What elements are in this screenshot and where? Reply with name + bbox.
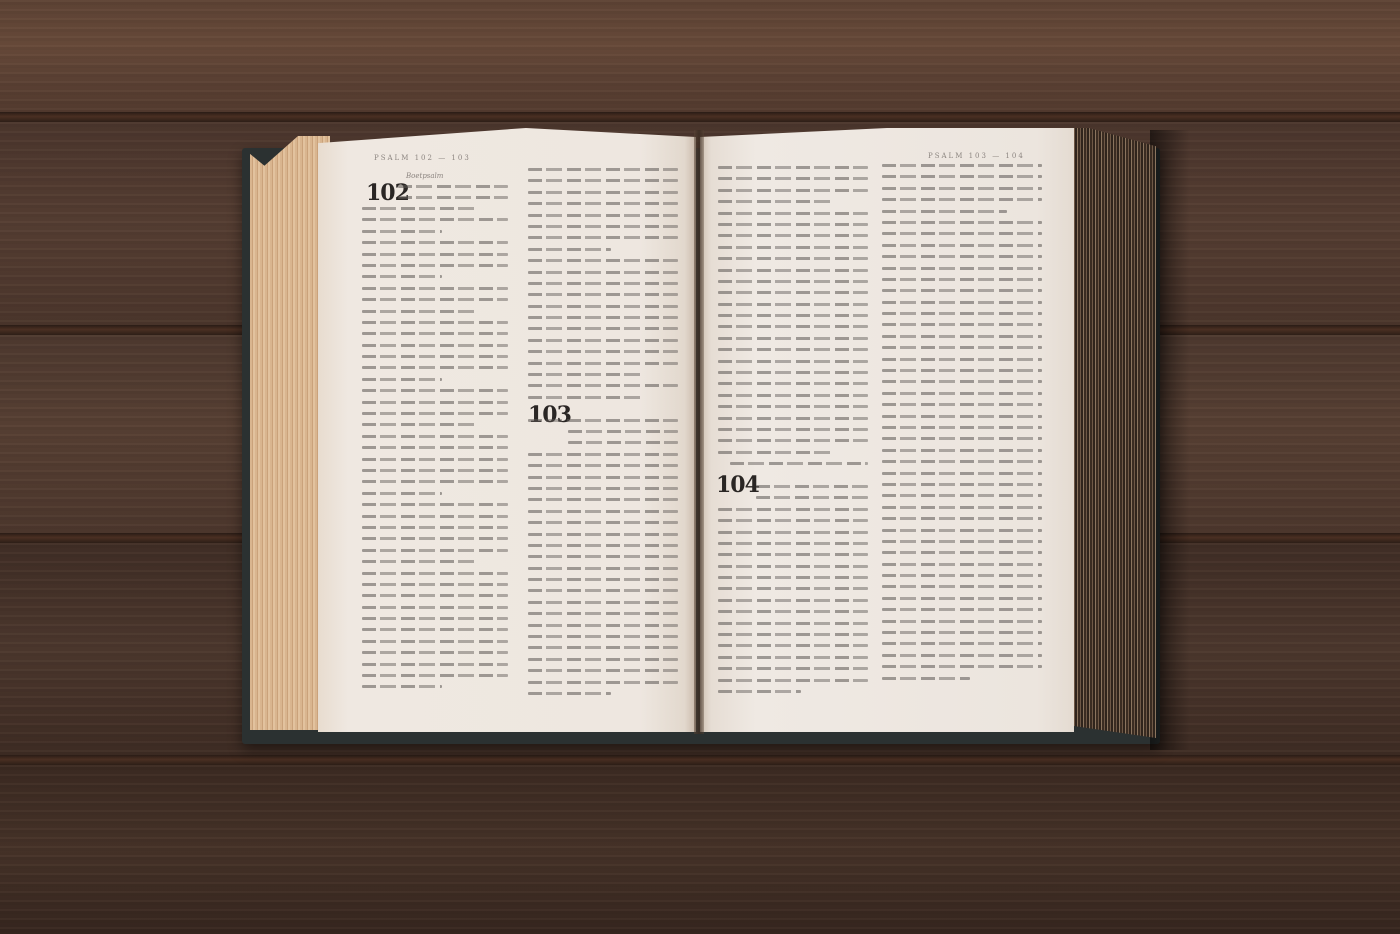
text-column-3 bbox=[718, 166, 868, 701]
text-column-left bbox=[398, 185, 508, 208]
text-line bbox=[398, 196, 508, 199]
running-header: PSALM 102 — 103 bbox=[374, 154, 471, 162]
left-page: PSALM 102 — 103 Boetpsalm 102 103 bbox=[318, 128, 696, 732]
running-header: PSALM 103 — 104 bbox=[928, 152, 1025, 160]
text-column-1 bbox=[362, 207, 508, 697]
book-gutter bbox=[694, 130, 704, 734]
wood-plank bbox=[0, 765, 1400, 934]
right-shadow bbox=[1150, 130, 1190, 750]
plank-seam bbox=[0, 112, 1400, 122]
wood-plank bbox=[0, 0, 1400, 112]
plank-seam bbox=[0, 755, 1400, 765]
page-block-right-edge bbox=[1072, 128, 1156, 738]
right-page: PSALM 103 — 104 104 bbox=[700, 128, 1074, 732]
text-column-4 bbox=[882, 164, 1042, 688]
text-line bbox=[398, 185, 508, 188]
text-column-2 bbox=[528, 168, 678, 703]
psalm-subtitle: Boetpsalm bbox=[406, 172, 443, 180]
